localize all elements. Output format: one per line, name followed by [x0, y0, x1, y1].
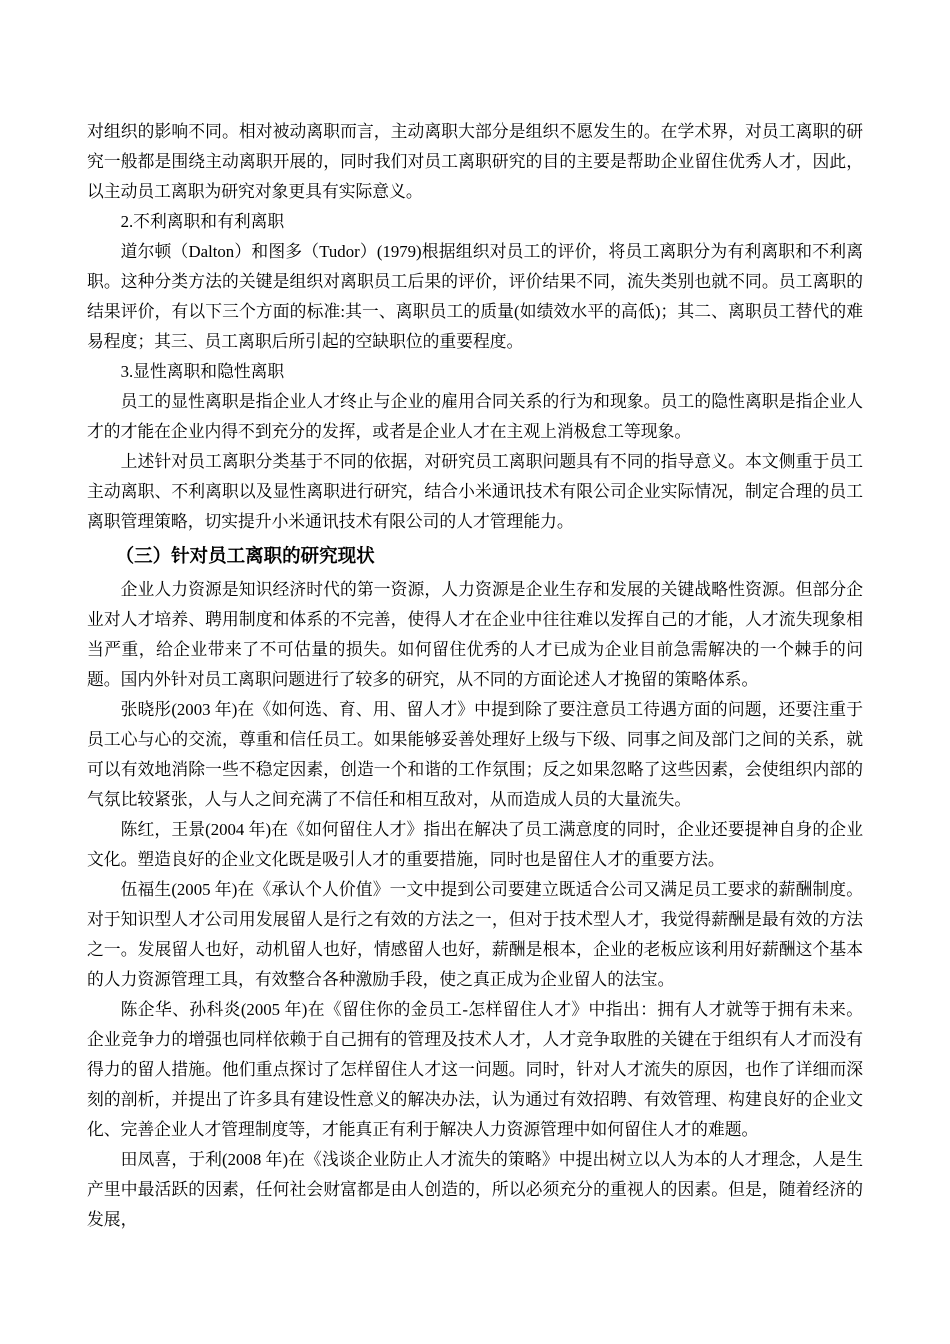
section-heading-research-status: （三）针对员工离职的研究现状 [87, 537, 863, 575]
paragraph-turnover-impact-continuation: 对组织的影响不同。相对被动离职而言，主动离职大部分是组织不愿发生的。在学术界，对… [87, 117, 863, 207]
paragraph-classification-basis-summary: 上述针对员工离职分类基于不同的依据，对研究员工离职问题具有不同的指导意义。本文侧… [87, 447, 863, 537]
paragraph-chenhong-wangjing-2004: 陈红，王景(2004 年)在《如何留住人才》指出在解决了员工满意度的同时，企业还… [87, 815, 863, 875]
subheading-unfavorable-favorable-turnover: 2.不利离职和有利离职 [87, 207, 863, 237]
subheading-explicit-implicit-turnover: 3.显性离职和隐性离职 [87, 357, 863, 387]
paragraph-hr-first-resource: 企业人力资源是知识经济时代的第一资源，人力资源是企业生存和发展的关键战略性资源。… [87, 575, 863, 695]
paragraph-zhangxiaotong-2003: 张晓彤(2003 年)在《如何选、育、用、留人才》中提到除了要注意员工待遇方面的… [87, 695, 863, 815]
paragraph-tianfengxi-yuli-2008: 田凤喜，于利(2008 年)在《浅谈企业防止人才流失的策略》中提出树立以人为本的… [87, 1145, 863, 1235]
paragraph-explicit-implicit-definition: 员工的显性离职是指企业人才终止与企业的雇用合同关系的行为和现象。员工的隐性离职是… [87, 387, 863, 447]
paragraph-wufusheng-2005: 伍福生(2005 年)在《承认个人价值》一文中提到公司要建立既适合公司又满足员工… [87, 875, 863, 995]
document-page: 对组织的影响不同。相对被动离职而言，主动离职大部分是组织不愿发生的。在学术界，对… [0, 0, 950, 1344]
paragraph-chenqihua-sunkeyan-2005: 陈企华、孙科炎(2005 年)在《留住你的金员工-怎样留住人才》中指出：拥有人才… [87, 995, 863, 1145]
paragraph-dalton-tudor-classification: 道尔顿（Dalton）和图多（Tudor）(1979)根据组织对员工的评价，将员… [87, 237, 863, 357]
